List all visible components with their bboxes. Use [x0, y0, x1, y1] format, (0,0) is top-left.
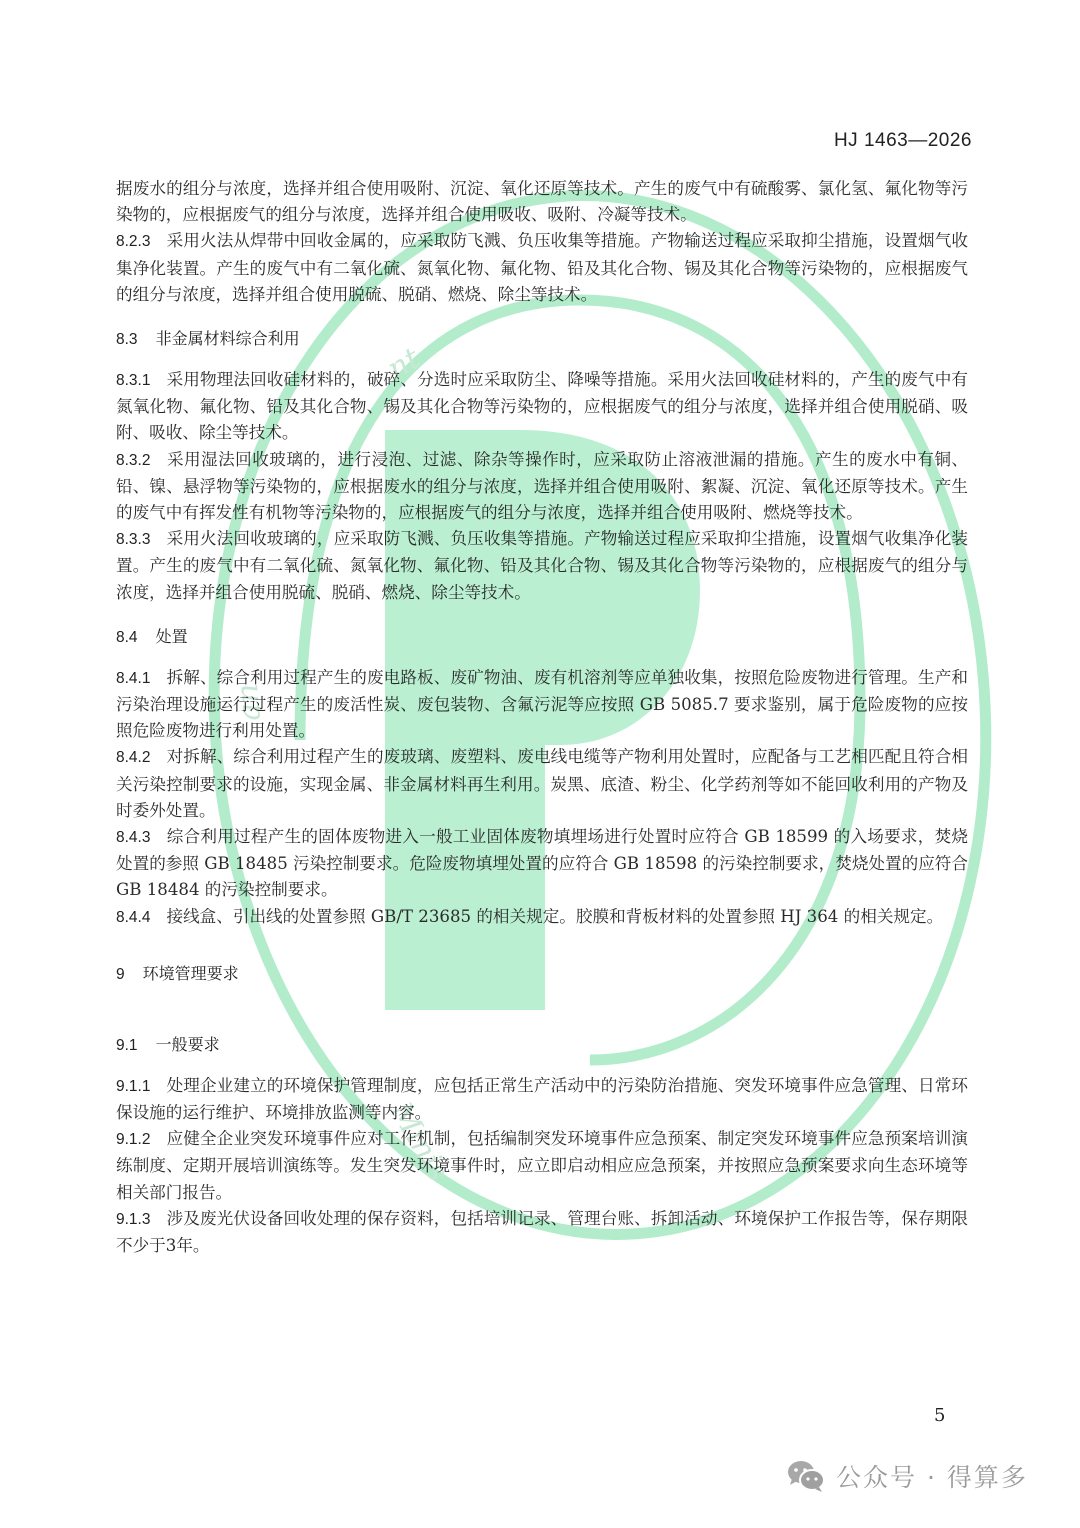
clause-text: 接线盒、引出线的处置参照 GB/T 23685 的相关规定。胶膜和背板材料的处置…	[166, 907, 943, 926]
clause-8-3-1: 8.3.1采用物理法回收硅材料的，破碎、分选时应采取防尘、降噪等措施。采用火法回…	[116, 367, 968, 447]
section-heading-8-3: 8.3非金属材料综合利用	[116, 326, 968, 349]
clause-8-3-2: 8.3.2采用湿法回收玻璃的，进行浸泡、过滤、除杂等操作时，应采取防止溶液泄漏的…	[116, 447, 968, 527]
section-number: 8.3	[116, 331, 138, 348]
clause-text: 涉及废光伏设备回收处理的保存资料，包括培训记录、管理台账、拆卸活动、环境保护工作…	[116, 1209, 968, 1255]
clause-text: 综合利用过程产生的固体废物进入一般工业固体废物填埋场进行处置时应符合 GB 18…	[116, 827, 968, 899]
clause-number: 8.3.2	[116, 452, 150, 469]
document-body: 据废水的组分与浓度，选择并组合使用吸附、沉淀、氧化还原等技术。产生的废气中有硫酸…	[116, 176, 968, 1259]
clause-8-4-2: 8.4.2对拆解、综合利用过程产生的废玻璃、废塑料、废电线电缆等产物利用处置时，…	[116, 744, 968, 824]
clause-text: 拆解、综合利用过程产生的废电路板、废矿物油、废有机溶剂等应单独收集，按照危险废物…	[116, 668, 968, 740]
clause-text: 对拆解、综合利用过程产生的废玻璃、废塑料、废电线电缆等产物利用处置时，应配备与工…	[116, 747, 968, 819]
section-title: 一般要求	[156, 1037, 220, 1054]
clause-number: 8.4.3	[116, 829, 150, 846]
chapter-title: 环境管理要求	[143, 966, 239, 983]
clause-number: 9.1.3	[116, 1211, 150, 1228]
clause-number: 9.1.2	[116, 1131, 150, 1148]
page-number: 5	[934, 1405, 945, 1426]
clause-number: 8.4.2	[116, 749, 150, 766]
clause-number: 8.2.3	[116, 233, 150, 250]
wechat-icon	[786, 1459, 826, 1493]
clause-number: 8.4.4	[116, 909, 150, 926]
wechat-account-watermark: 公众号 · 得算多	[786, 1458, 1028, 1494]
chapter-number: 9	[116, 966, 125, 983]
clause-number: 8.4.1	[116, 670, 150, 687]
clause-text: 采用火法回收玻璃的，应采取防飞溅、负压收集等措施。产物输送过程应采取抑尘措施，设…	[116, 529, 968, 601]
clause-8-4-4: 8.4.4接线盒、引出线的处置参照 GB/T 23685 的相关规定。胶膜和背板…	[116, 904, 968, 931]
section-title: 处置	[156, 629, 188, 646]
section-heading-9-1: 9.1一般要求	[116, 1032, 968, 1055]
clause-8-3-3: 8.3.3采用火法回收玻璃的，应采取防飞溅、负压收集等措施。产物输送过程应采取抑…	[116, 526, 968, 606]
clause-9-1-2: 9.1.2应健全企业突发环境事件应对工作机制，包括编制突发环境事件应急预案、制定…	[116, 1126, 968, 1206]
paragraph-continuation: 据废水的组分与浓度，选择并组合使用吸附、沉淀、氧化还原等技术。产生的废气中有硫酸…	[116, 176, 968, 228]
clause-number: 8.3.1	[116, 372, 150, 389]
section-number: 8.4	[116, 629, 138, 646]
clause-8-4-3: 8.4.3综合利用过程产生的固体废物进入一般工业固体废物填埋场进行处置时应符合 …	[116, 824, 968, 904]
clause-number: 8.3.3	[116, 531, 150, 548]
clause-text: 处理企业建立的环境保护管理制度，应包括正常生产活动中的污染防治措施、突发环境事件…	[116, 1076, 968, 1122]
section-number: 9.1	[116, 1037, 138, 1054]
section-title: 非金属材料综合利用	[156, 331, 300, 348]
clause-8-2-3: 8.2.3采用火法从焊带中回收金属的，应采取防飞溅、负压收集等措施。产物输送过程…	[116, 228, 968, 308]
account-label: 公众号 · 得算多	[836, 1458, 1028, 1494]
clause-9-1-3: 9.1.3涉及废光伏设备回收处理的保存资料，包括培训记录、管理台账、拆卸活动、环…	[116, 1206, 968, 1259]
clause-8-4-1: 8.4.1拆解、综合利用过程产生的废电路板、废矿物油、废有机溶剂等应单独收集，按…	[116, 665, 968, 745]
clause-number: 9.1.1	[116, 1078, 150, 1095]
clause-text: 采用火法从焊带中回收金属的，应采取防飞溅、负压收集等措施。产物输送过程应采取抑尘…	[116, 231, 968, 303]
document-code: HJ 1463—2026	[834, 130, 972, 152]
clause-text: 应健全企业突发环境事件应对工作机制，包括编制突发环境事件应急预案、制定突发环境事…	[116, 1129, 968, 1201]
document-page: HJ 1463—2026 据废水的组分与浓度，选择并组合使用吸附、沉淀、氧化还原…	[0, 0, 1080, 1528]
clause-9-1-1: 9.1.1处理企业建立的环境保护管理制度，应包括正常生产活动中的污染防治措施、突…	[116, 1073, 968, 1126]
chapter-heading-9: 9环境管理要求	[116, 961, 968, 984]
clause-text: 采用湿法回收玻璃的，进行浸泡、过滤、除杂等操作时，应采取防止溶液泄漏的措施。产生…	[116, 450, 968, 522]
clause-text: 采用物理法回收硅材料的，破碎、分选时应采取防尘、降噪等措施。采用火法回收硅材料的…	[116, 370, 968, 442]
section-heading-8-4: 8.4处置	[116, 624, 968, 647]
